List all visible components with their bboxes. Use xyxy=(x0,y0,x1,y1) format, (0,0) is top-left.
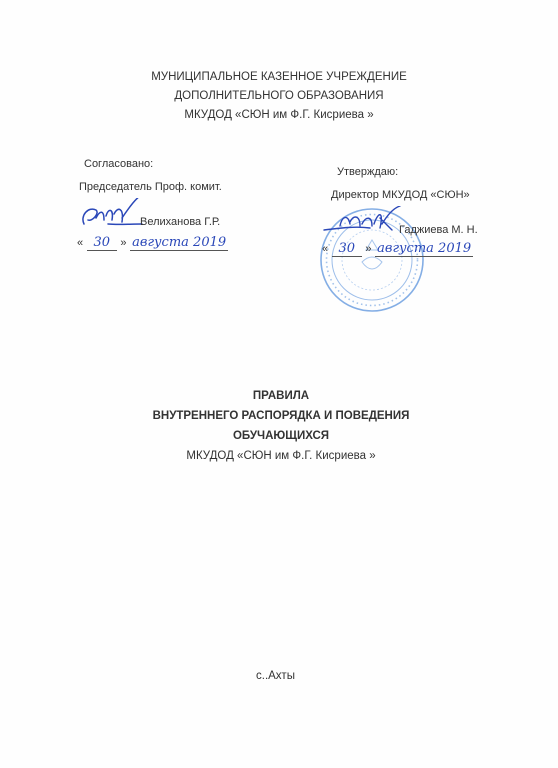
header-line-3: МКУДОД «СЮН им Ф.Г. Кисриева » xyxy=(0,106,558,125)
header-line-2: ДОПОЛНИТЕЛЬНОГО ОБРАЗОВАНИЯ xyxy=(0,87,558,106)
title-line-3: ОБУЧАЮЩИХСЯ xyxy=(2,426,558,446)
title-line-4: МКУДОД «СЮН им Ф.Г. Кисриева » xyxy=(2,446,558,466)
title-line-1: ПРАВИЛА xyxy=(2,386,558,406)
footer-place: с..Ахты xyxy=(256,670,295,682)
header-line-1: МУНИЦИПАЛЬНОЕ КАЗЕННОЕ УЧРЕЖДЕНИЕ xyxy=(0,68,558,87)
date-left-open-quote: « xyxy=(77,237,83,249)
title-line-2: ВНУТРЕННЕГО РАСПОРЯДКА И ПОВЕДЕНИЯ xyxy=(2,406,558,426)
approval-right-heading: Утверждаю: xyxy=(337,166,398,178)
date-right-open-quote: « xyxy=(322,243,328,255)
date-left-day: 30 xyxy=(87,235,117,251)
document-title: ПРАВИЛА ВНУТРЕННЕГО РАСПОРЯДКА И ПОВЕДЕН… xyxy=(2,386,558,466)
approval-right-position: Директор МКУДОД «СЮН» xyxy=(331,189,470,201)
institution-header: МУНИЦИПАЛЬНОЕ КАЗЕННОЕ УЧРЕЖДЕНИЕ ДОПОЛН… xyxy=(0,68,558,125)
signature-right-icon xyxy=(320,206,402,240)
approval-left-position: Председатель Проф. комит. xyxy=(79,181,222,193)
date-left-month-year: августа 2019 xyxy=(130,235,228,251)
approval-right-date: « 30 » августа 2019 xyxy=(322,240,473,257)
signature-left-icon xyxy=(78,198,148,230)
date-right-month-year: августа 2019 xyxy=(375,241,473,257)
approval-right-name: Гаджиева М. Н. xyxy=(399,224,478,236)
document-page: МУНИЦИПАЛЬНОЕ КАЗЕННОЕ УЧРЕЖДЕНИЕ ДОПОЛН… xyxy=(0,0,558,768)
date-right-close-quote: » xyxy=(365,243,371,255)
approval-left-date: « 30 » августа 2019 xyxy=(77,234,228,251)
date-left-close-quote: » xyxy=(120,237,126,249)
approval-left-heading: Согласовано: xyxy=(84,158,153,170)
date-right-day: 30 xyxy=(332,241,362,257)
approval-left-name: Велиханова Г.Р. xyxy=(140,216,220,228)
